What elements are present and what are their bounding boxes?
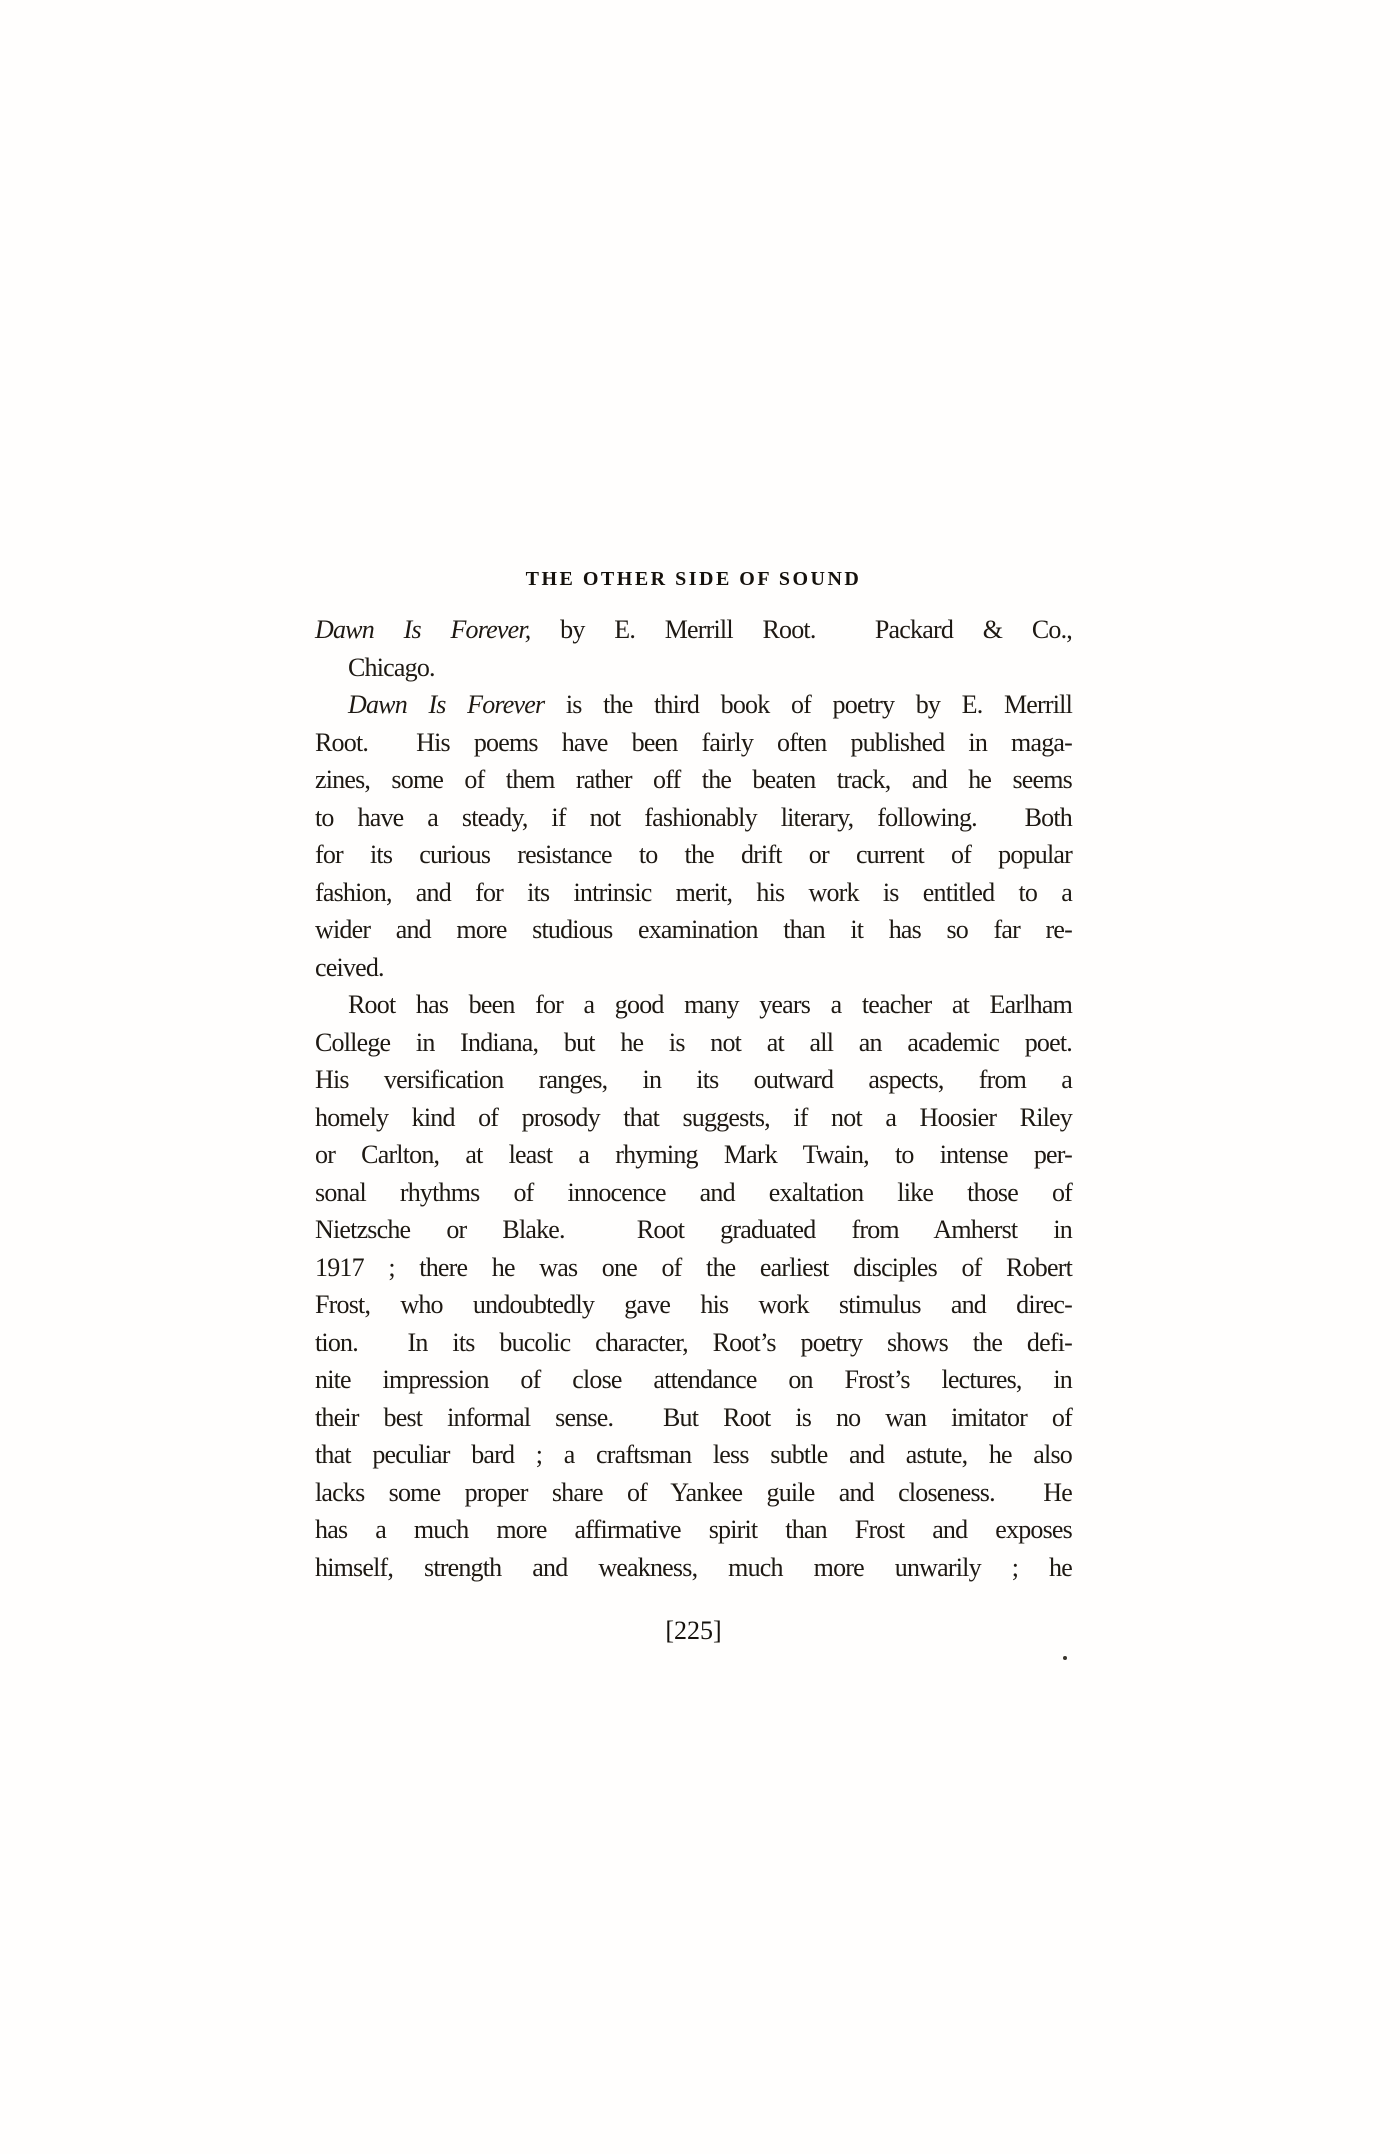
text-line: Chicago.	[315, 649, 1072, 687]
book-page: THE OTHER SIDE OF SOUND Dawn Is Forever,…	[0, 0, 1400, 2154]
text-line: lacks some proper share of Yankee guile …	[315, 1474, 1072, 1512]
body-text: Nietzsche or Blake. Root graduated from …	[315, 1215, 1072, 1244]
body-text: to have a steady, if not fashionably lit…	[315, 803, 1072, 832]
body-text: fashion, and for its intrinsic merit, hi…	[315, 878, 1072, 907]
text-line: homely kind of prosody that suggests, if…	[315, 1099, 1072, 1137]
text-line: Root has been for a good many years a te…	[315, 986, 1072, 1024]
text-line: Frost, who undoubtedly gave his work sti…	[315, 1286, 1072, 1324]
text-line: himself, strength and weakness, much mor…	[315, 1549, 1072, 1587]
text-line: to have a steady, if not fashionably lit…	[315, 799, 1072, 837]
text-line: His versification ranges, in its outward…	[315, 1061, 1072, 1099]
text-line: tion. In its bucolic character, Root’s p…	[315, 1324, 1072, 1362]
text-line: or Carlton, at least a rhyming Mark Twai…	[315, 1136, 1072, 1174]
text-line: their best informal sense. But Root is n…	[315, 1399, 1072, 1437]
body-text: or Carlton, at least a rhyming Mark Twai…	[315, 1140, 1072, 1169]
body-text: has a much more affirmative spirit than …	[315, 1515, 1072, 1544]
text-line: sonal rhythms of innocence and exaltatio…	[315, 1174, 1072, 1212]
text-block: Dawn Is Forever, by E. Merrill Root. Pac…	[315, 611, 1072, 1586]
text-line: fashion, and for its intrinsic merit, hi…	[315, 874, 1072, 912]
text-line: Dawn Is Forever is the third book of poe…	[315, 686, 1072, 724]
scan-speck	[1063, 1656, 1067, 1660]
body-text: Root. His poems have been fairly often p…	[315, 728, 1072, 757]
italic-book-title: Dawn Is Forever	[348, 690, 544, 719]
body-text: zines, some of them rather off the beate…	[315, 765, 1072, 794]
body-text: by E. Merrill Root. Packard & Co.,	[530, 615, 1072, 644]
body-text: lacks some proper share of Yankee guile …	[315, 1478, 1072, 1507]
page-number: [225]	[315, 1616, 1072, 1646]
text-line: wider and more studious examination than…	[315, 911, 1072, 949]
body-text: His versification ranges, in its outward…	[315, 1065, 1072, 1094]
text-line: Nietzsche or Blake. Root graduated from …	[315, 1211, 1072, 1249]
body-text: College in Indiana, but he is not at all…	[315, 1028, 1072, 1057]
text-line: ceived.	[315, 949, 1072, 987]
text-line: that peculiar bard ; a craftsman less su…	[315, 1436, 1072, 1474]
text-line: for its curious resistance to the drift …	[315, 836, 1072, 874]
body-text: Frost, who undoubtedly gave his work sti…	[315, 1290, 1072, 1319]
body-text: tion. In its bucolic character, Root’s p…	[315, 1328, 1072, 1357]
body-text: is the third book of poetry by E. Merril…	[544, 690, 1072, 719]
text-line: zines, some of them rather off the beate…	[315, 761, 1072, 799]
body-text: that peculiar bard ; a craftsman less su…	[315, 1440, 1072, 1469]
body-text: homely kind of prosody that suggests, if…	[315, 1103, 1072, 1132]
italic-book-title: Dawn Is Forever,	[315, 615, 530, 644]
text-line: 1917 ; there he was one of the earliest …	[315, 1249, 1072, 1287]
body-text: himself, strength and weakness, much mor…	[315, 1553, 1072, 1582]
body-text: sonal rhythms of innocence and exaltatio…	[315, 1178, 1072, 1207]
text-line: nite impression of close attendance on F…	[315, 1361, 1072, 1399]
body-text: their best informal sense. But Root is n…	[315, 1403, 1072, 1432]
body-text: 1917 ; there he was one of the earliest …	[315, 1253, 1072, 1282]
text-line: Dawn Is Forever, by E. Merrill Root. Pac…	[315, 611, 1072, 649]
body-text: wider and more studious examination than…	[315, 915, 1072, 944]
text-line: Root. His poems have been fairly often p…	[315, 724, 1072, 762]
body-text: nite impression of close attendance on F…	[315, 1365, 1072, 1394]
text-line: College in Indiana, but he is not at all…	[315, 1024, 1072, 1062]
body-text: for its curious resistance to the drift …	[315, 840, 1072, 869]
body-text: Chicago.	[348, 653, 435, 682]
running-head: THE OTHER SIDE OF SOUND	[315, 568, 1072, 591]
body-text: Root has been for a good many years a te…	[348, 990, 1072, 1019]
text-line: has a much more affirmative spirit than …	[315, 1511, 1072, 1549]
body-text: ceived.	[315, 953, 384, 982]
